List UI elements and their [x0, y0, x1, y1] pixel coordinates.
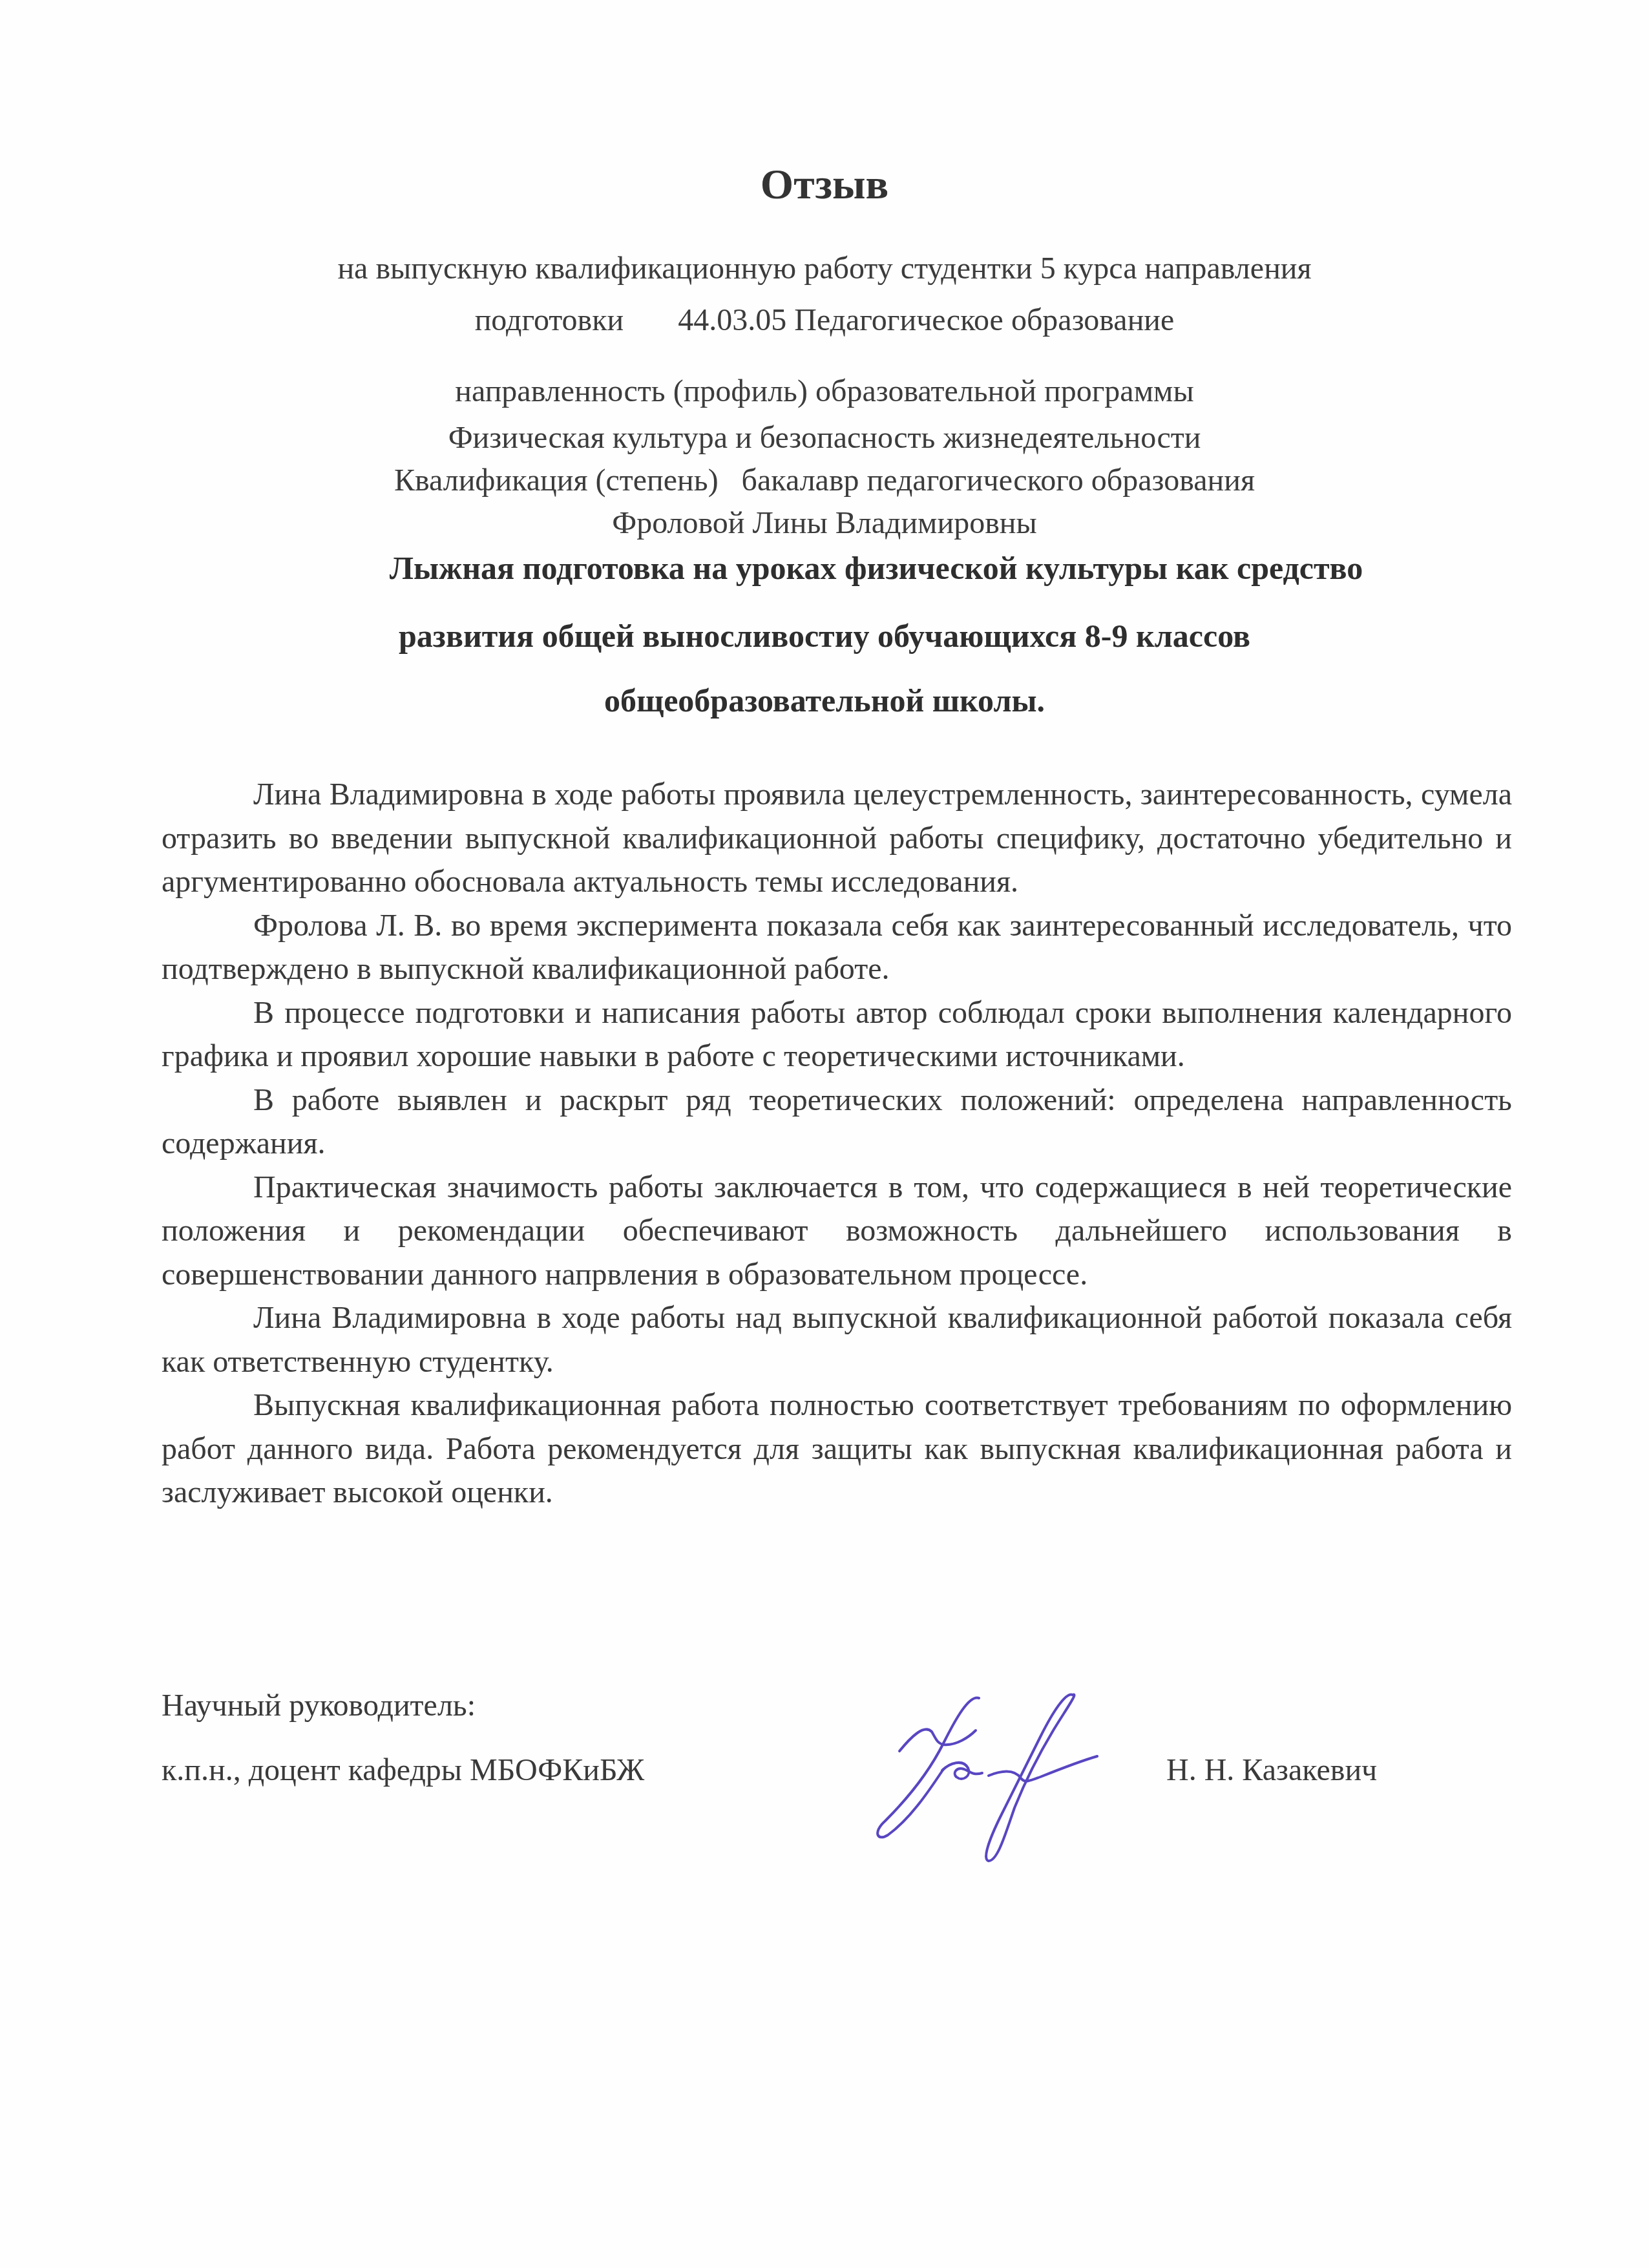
paragraph: Лина Владимировна в ходе работы над выпу…	[162, 1296, 1512, 1383]
paragraph: Лина Владимировна в ходе работы проявила…	[162, 773, 1512, 904]
profile-label: направленность (профиль) образовательной…	[0, 373, 1649, 409]
supervisor-position: к.п.н., доцент кафедры МБОФКиБЖ	[162, 1752, 644, 1788]
supervisor-role-label: Научный руководитель:	[162, 1688, 476, 1723]
subtitle-line-1: на выпускную квалификационную работу сту…	[0, 251, 1649, 286]
thesis-title-line-2: развития общей выносливостиу обучающихся…	[0, 617, 1649, 655]
handwritten-signature	[859, 1692, 1098, 1866]
review-body: Лина Владимировна в ходе работы проявила…	[162, 773, 1512, 1515]
document-title: Отзыв	[0, 160, 1649, 209]
supervisor-name: Н. Н. Казакевич	[1166, 1752, 1377, 1788]
thesis-title-line-3: общеобразовательной школы.	[0, 682, 1649, 719]
paragraph: Фролова Л. В. во время эксперимента пока…	[162, 904, 1512, 991]
thesis-title-line-1: Лыжная подготовка на уроках физической к…	[52, 549, 1649, 587]
paragraph: В процессе подготовки и написания работы…	[162, 991, 1512, 1078]
subtitle-line-2: подготовки 44.03.05 Педагогическое образ…	[0, 302, 1649, 338]
paragraph: Практическая значимость работы заключает…	[162, 1166, 1512, 1297]
student-name: Фроловой Лины Владимировны	[0, 505, 1649, 541]
paragraph: В работе выявлен и раскрыт ряд теоретиче…	[162, 1078, 1512, 1166]
profile-value: Физическая культура и безопасность жизне…	[0, 420, 1649, 456]
paragraph: Выпускная квалификационная работа полнос…	[162, 1383, 1512, 1515]
document-page: Отзыв на выпускную квалификационную рабо…	[0, 0, 1649, 2268]
qualification: Квалификация (степень) бакалавр педагоги…	[0, 463, 1649, 498]
